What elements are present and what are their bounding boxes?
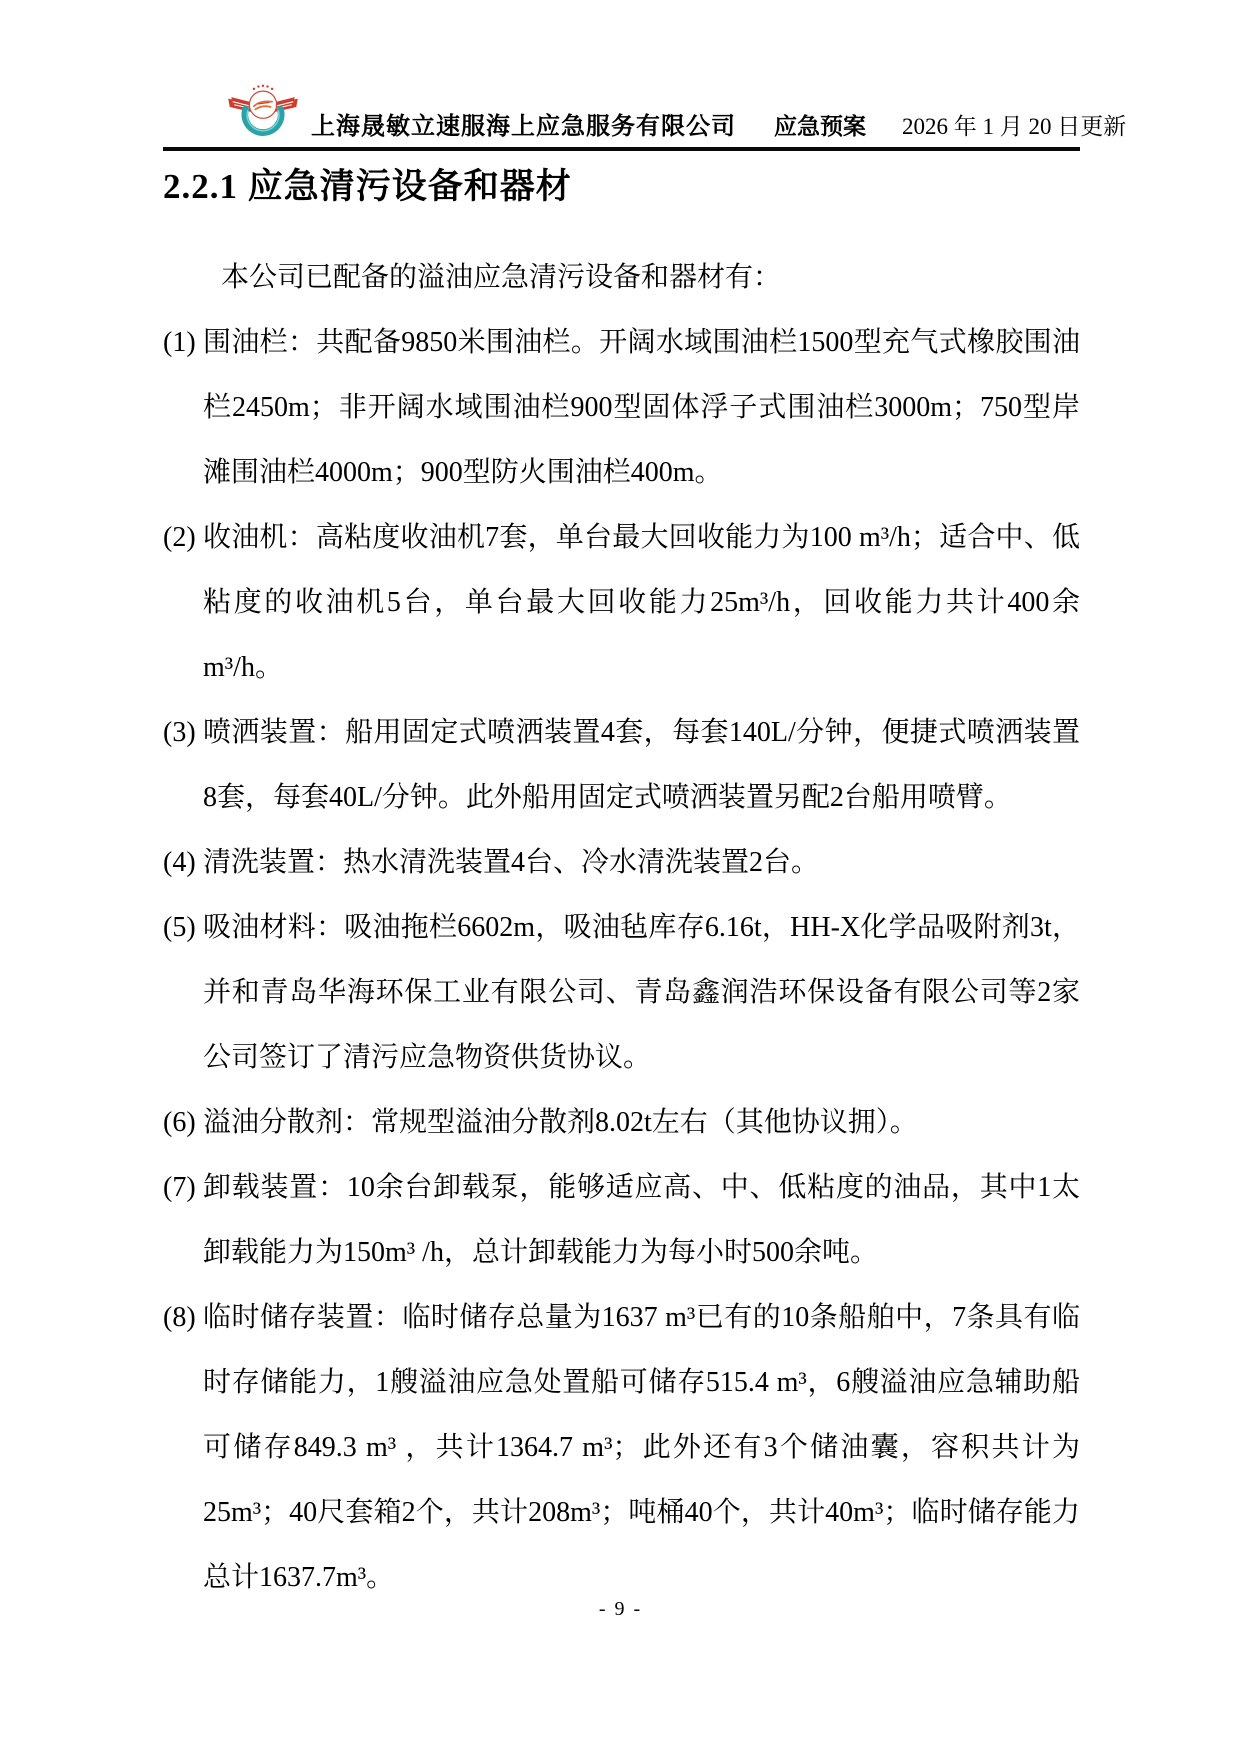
item-marker: (8) xyxy=(163,1285,196,1350)
section-body: 本公司已配备的溢油应急清污设备和器材有： (1) 围油栏：共配备9850米围油栏… xyxy=(163,245,1080,1610)
document-page: 上海晟敏立速服海上应急服务有限公司 应急预案 2026 年 1 月 20 日更新… xyxy=(0,0,1241,1754)
item-marker: (7) xyxy=(163,1155,196,1220)
item-text: 临时储存装置：临时储存总量为1637 m³已有的10条船舶中，7条具有临时存储能… xyxy=(203,1302,1080,1593)
item-marker: (3) xyxy=(163,700,196,765)
item-text: 清洗装置：热水清洗装置4台、冷水清洗装置2台。 xyxy=(203,847,819,878)
section-heading: 2.2.1 应急清污设备和器材 xyxy=(163,159,1080,209)
page-header: 上海晟敏立速服海上应急服务有限公司 应急预案 2026 年 1 月 20 日更新 xyxy=(163,0,1080,151)
list-item-6: (6) 溢油分散剂：常规型溢油分散剂8.02t左右（其他协议拥）。 xyxy=(163,1090,1080,1155)
list-item-8: (8) 临时储存装置：临时储存总量为1637 m³已有的10条船舶中，7条具有临… xyxy=(163,1285,1080,1610)
item-marker: (1) xyxy=(163,310,196,375)
list-item-2: (2) 收油机：高粘度收油机7套，单台最大回收能力为100 m³/h；适合中、低… xyxy=(163,505,1080,700)
item-text: 吸油材料：吸油拖栏6602m，吸油毡库存6.16t，HH-X化学品吸附剂3t，并… xyxy=(203,912,1080,1073)
item-text: 喷洒装置：船用固定式喷洒装置4套，每套140L/分钟，便捷式喷洒装置8套，每套4… xyxy=(203,717,1080,813)
item-marker: (5) xyxy=(163,895,196,960)
intro-paragraph: 本公司已配备的溢油应急清污设备和器材有： xyxy=(163,245,1080,310)
company-logo-icon xyxy=(225,79,301,141)
list-item-5: (5) 吸油材料：吸油拖栏6602m，吸油毡库存6.16t，HH-X化学品吸附剂… xyxy=(163,895,1080,1090)
item-text: 溢油分散剂：常规型溢油分散剂8.02t左右（其他协议拥）。 xyxy=(203,1107,918,1138)
company-name: 上海晟敏立速服海上应急服务有限公司 xyxy=(311,106,736,141)
item-text: 围油栏：共配备9850米围油栏。开阔水域围油栏1500型充气式橡胶围油栏2450… xyxy=(203,327,1080,488)
list-item-3: (3) 喷洒装置：船用固定式喷洒装置4套，每套140L/分钟，便捷式喷洒装置8套… xyxy=(163,700,1080,830)
item-marker: (2) xyxy=(163,505,196,570)
item-marker: (4) xyxy=(163,830,196,895)
list-item-7: (7) 卸载装置：10余台卸载泵，能够适应高、中、低粘度的油品，其中1太卸载能力… xyxy=(163,1155,1080,1285)
list-item-1: (1) 围油栏：共配备9850米围油栏。开阔水域围油栏1500型充气式橡胶围油栏… xyxy=(163,310,1080,505)
item-marker: (6) xyxy=(163,1090,196,1155)
item-text: 卸载装置：10余台卸载泵，能够适应高、中、低粘度的油品，其中1太卸载能力为150… xyxy=(203,1172,1080,1268)
update-date: 2026 年 1 月 20 日更新 xyxy=(902,108,1126,141)
item-text: 收油机：高粘度收油机7套，单台最大回收能力为100 m³/h；适合中、低粘度的收… xyxy=(203,522,1080,683)
document-type-label: 应急预案 xyxy=(774,108,866,141)
list-item-4: (4) 清洗装置：热水清洗装置4台、冷水清洗装置2台。 xyxy=(163,830,1080,895)
page-number: - 9 - xyxy=(0,1598,1241,1621)
